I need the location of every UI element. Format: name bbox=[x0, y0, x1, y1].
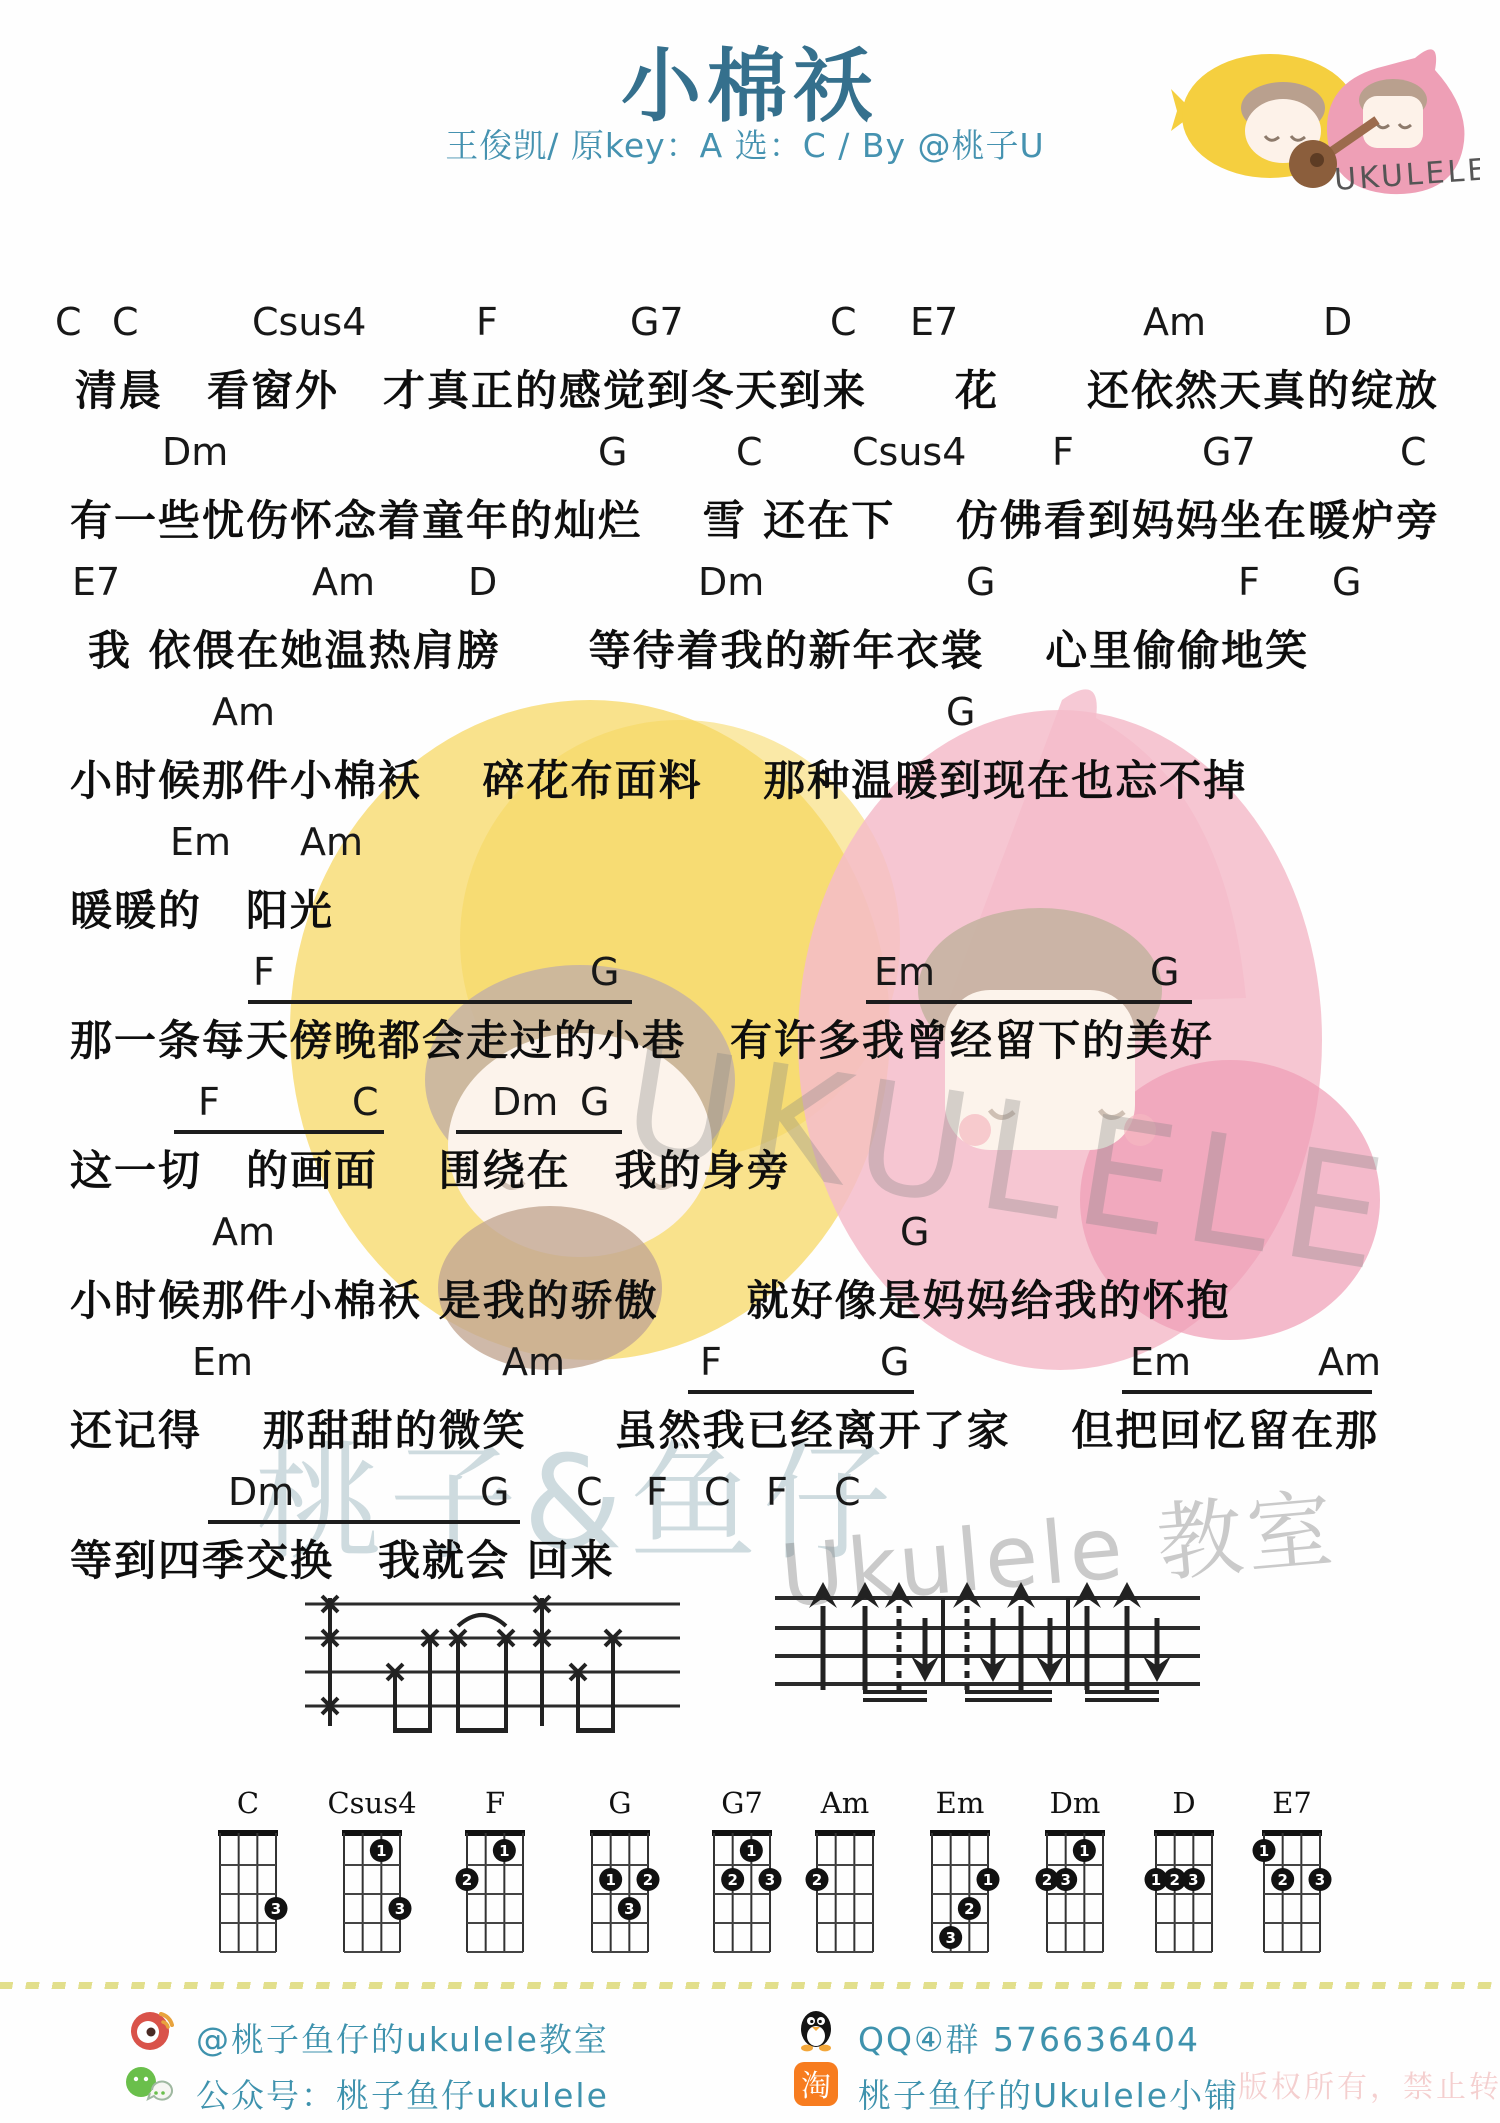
chord-label: G bbox=[946, 690, 975, 734]
chord-diagram-grid: 3 bbox=[210, 1828, 286, 1963]
chord-label: C bbox=[1400, 430, 1427, 474]
chord-underline bbox=[248, 1000, 632, 1004]
svg-text:2: 2 bbox=[812, 1871, 822, 1889]
chord-label: Em bbox=[192, 1340, 253, 1384]
svg-text:3: 3 bbox=[765, 1871, 775, 1889]
chord-label: G bbox=[580, 1080, 609, 1124]
chord-diagram-grid: 123 bbox=[1146, 1828, 1222, 1963]
chord-label: D bbox=[468, 560, 497, 604]
taobao-shop: 桃子鱼仔的Ukulele小铺 bbox=[858, 2070, 1239, 2117]
svg-text:1: 1 bbox=[1079, 1842, 1089, 1860]
chord-label: C bbox=[112, 300, 139, 344]
chord-label: G bbox=[900, 1210, 929, 1254]
chord-label: Am bbox=[502, 1340, 565, 1384]
chord-underline bbox=[866, 1000, 1192, 1004]
chord-diagram-name: C bbox=[178, 1786, 318, 1820]
chord-label: F bbox=[1052, 430, 1074, 474]
chord-diagram-grid: 123 bbox=[922, 1828, 998, 1963]
qq-icon bbox=[790, 2002, 842, 2054]
chord-diagram-grid: 12 bbox=[457, 1828, 533, 1963]
chord-label: Dm bbox=[162, 430, 228, 474]
chord-label: F bbox=[646, 1470, 668, 1514]
chord-label: C bbox=[55, 300, 82, 344]
chord-label: Em bbox=[1130, 1340, 1191, 1384]
chord-label: Em bbox=[170, 820, 231, 864]
chord-label: Csus4 bbox=[252, 300, 366, 344]
weibo-icon bbox=[128, 2002, 180, 2054]
svg-text:3: 3 bbox=[395, 1900, 405, 1918]
chord-label: G7 bbox=[630, 300, 684, 344]
lyric-line: 那一条每天傍晚都会走过的小巷 有许多我曾经留下的美好 bbox=[70, 1008, 1214, 1068]
svg-text:1: 1 bbox=[983, 1871, 993, 1889]
lyric-line: 有一些忧伤怀念着童年的灿烂 雪 还在下 仿佛看到妈妈坐在暖炉旁 bbox=[70, 488, 1440, 548]
chord-label: G bbox=[480, 1470, 509, 1514]
chord-diagram-name: G bbox=[550, 1786, 690, 1820]
chord-label: Dm bbox=[228, 1470, 294, 1514]
svg-text:2: 2 bbox=[1169, 1871, 1179, 1889]
chord-label: G bbox=[966, 560, 995, 604]
logo-illustration: UKULELE bbox=[1165, 28, 1480, 198]
copyright-watermark: 版权所有，禁止转载 bbox=[1238, 2062, 1500, 2106]
svg-text:2: 2 bbox=[727, 1871, 737, 1889]
chord-label: F bbox=[198, 1080, 220, 1124]
chord-label: G bbox=[590, 950, 619, 994]
chord-diagram-grid: 123 bbox=[704, 1828, 780, 1963]
chord-label: F bbox=[766, 1470, 788, 1514]
chord-label: F bbox=[253, 950, 275, 994]
chord-label: Csus4 bbox=[852, 430, 966, 474]
chord-label: Am bbox=[300, 820, 363, 864]
chord-diagram-name: Csus4 bbox=[302, 1786, 442, 1820]
chord-label: Am bbox=[1143, 300, 1206, 344]
chord-label: G7 bbox=[1202, 430, 1256, 474]
chord-label: G bbox=[598, 430, 627, 474]
chord-label: Am bbox=[212, 690, 275, 734]
chord-label: F bbox=[1238, 560, 1260, 604]
svg-text:3: 3 bbox=[945, 1929, 955, 1947]
chord-underline bbox=[1122, 1390, 1372, 1394]
lyric-line: 暖暖的 阳光 bbox=[70, 878, 334, 938]
chord-label: C bbox=[736, 430, 763, 474]
lyric-line: 小时候那件小棉袄 是我的骄傲 就好像是妈妈给我的怀抱 bbox=[70, 1268, 1231, 1328]
wechat-account: 公众号：桃子鱼仔ukulele bbox=[196, 2070, 609, 2117]
svg-text:1: 1 bbox=[1151, 1871, 1161, 1889]
lyric-line: 这一切 的画面 围绕在 我的身旁 bbox=[70, 1138, 791, 1198]
svg-text:3: 3 bbox=[271, 1900, 281, 1918]
page: UKULELE 桃子&鱼仔 Ukulele 教室 小棉袄 王俊凯/ 原key：A… bbox=[0, 0, 1500, 2123]
chord-label: F bbox=[700, 1340, 722, 1384]
lyric-line: 等到四季交换 我就会 回来 bbox=[70, 1528, 615, 1588]
qq-group: QQ④群 576636404 bbox=[858, 2014, 1200, 2061]
svg-text:2: 2 bbox=[964, 1900, 974, 1918]
chord-label: G bbox=[880, 1340, 909, 1384]
svg-text:1: 1 bbox=[376, 1842, 386, 1860]
lyric-line: 还记得 那甜甜的微笑 虽然我已经离开了家 但把回忆留在那 bbox=[70, 1398, 1379, 1458]
svg-text:1: 1 bbox=[499, 1842, 509, 1860]
chord-label: E7 bbox=[72, 560, 120, 604]
chord-underline bbox=[174, 1130, 384, 1134]
svg-text:淘: 淘 bbox=[801, 2069, 831, 2104]
chord-diagram-grid: 2 bbox=[807, 1828, 883, 1963]
weibo-handle: @桃子鱼仔的ukulele教室 bbox=[196, 2014, 609, 2061]
chord-underline bbox=[456, 1130, 622, 1134]
chord-label: D bbox=[1323, 300, 1352, 344]
chord-diagram-grid: 13 bbox=[334, 1828, 410, 1963]
chord-label: Em bbox=[874, 950, 935, 994]
dashed-separator bbox=[0, 1982, 1500, 1989]
svg-text:2: 2 bbox=[1277, 1871, 1287, 1889]
chord-label: Dm bbox=[492, 1080, 558, 1124]
lyric-line: 我 依偎在她温热肩膀 等待着我的新年衣裳 心里偷偷地笑 bbox=[88, 618, 1309, 678]
chord-label: E7 bbox=[910, 300, 958, 344]
chord-label: Dm bbox=[698, 560, 764, 604]
chord-underline bbox=[208, 1520, 520, 1524]
wechat-icon bbox=[122, 2058, 174, 2110]
svg-text:2: 2 bbox=[1042, 1871, 1052, 1889]
svg-text:3: 3 bbox=[1060, 1871, 1070, 1889]
chord-label: Am bbox=[212, 1210, 275, 1254]
chord-label: C bbox=[576, 1470, 603, 1514]
chord-label: C bbox=[352, 1080, 379, 1124]
chord-label: G bbox=[1150, 950, 1179, 994]
chord-diagram-grid: 123 bbox=[1037, 1828, 1113, 1963]
strumming-tab bbox=[775, 1578, 1205, 1713]
chord-label: Am bbox=[312, 560, 375, 604]
lyric-line: 小时候那件小棉袄 碎花布面料 那种温暖到现在也忘不掉 bbox=[70, 748, 1247, 808]
fingerpicking-tab bbox=[300, 1592, 685, 1747]
chord-diagram-name: F bbox=[425, 1786, 565, 1820]
svg-text:3: 3 bbox=[1315, 1871, 1325, 1889]
lyric-line: 清晨 看窗外 才真正的感觉到冬天到来 花 还依然天真的绽放 bbox=[75, 358, 1439, 418]
taobao-icon: 淘 bbox=[790, 2058, 842, 2110]
chord-label: G bbox=[1332, 560, 1361, 604]
svg-text:1: 1 bbox=[1259, 1842, 1269, 1860]
chord-diagram-grid: 123 bbox=[582, 1828, 658, 1963]
svg-text:2: 2 bbox=[643, 1871, 653, 1889]
chord-underline bbox=[688, 1390, 914, 1394]
chord-label: F bbox=[476, 300, 498, 344]
svg-text:1: 1 bbox=[605, 1871, 615, 1889]
chord-diagram-name: E7 bbox=[1222, 1786, 1362, 1820]
chord-label: C bbox=[704, 1470, 731, 1514]
chord-diagram-grid: 123 bbox=[1254, 1828, 1330, 1963]
svg-text:2: 2 bbox=[462, 1871, 472, 1889]
svg-text:3: 3 bbox=[1188, 1871, 1198, 1889]
svg-text:1: 1 bbox=[746, 1842, 756, 1860]
chord-label: C bbox=[830, 300, 857, 344]
svg-text:3: 3 bbox=[624, 1900, 634, 1918]
chord-label: Am bbox=[1318, 1340, 1381, 1384]
chord-label: C bbox=[834, 1470, 861, 1514]
